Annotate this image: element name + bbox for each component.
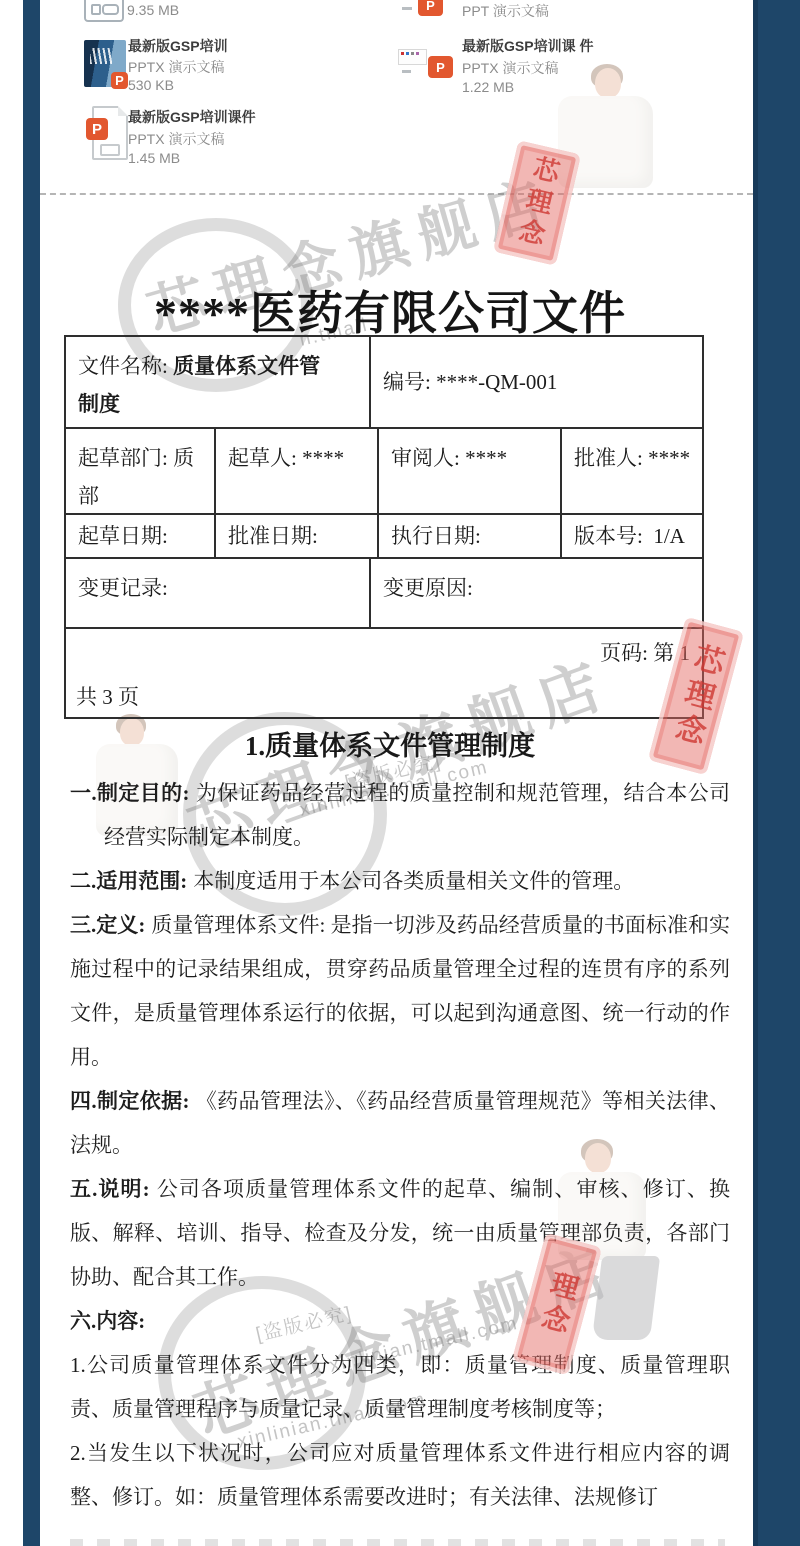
file-type: PPTX 演示文稿 — [462, 58, 558, 78]
file-list-panel: 9.35 MB P 最新版GSP培训 PPTX 演示文稿 530 KB P 最新… — [40, 0, 753, 194]
drafter-cell: 起草人: **** — [216, 429, 379, 513]
doc-code-cell: 编号: ****-QM-001 — [371, 337, 702, 427]
table-row: 起草日期: 批准日期: 执行日期: 版本号: 1/A — [66, 515, 702, 559]
table-row: 文件名称: 质量体系文件管 制度 编号: ****-QM-001 — [66, 337, 702, 429]
list-dash-icon — [402, 70, 411, 73]
draft-dept-cell: 起草部门: 质 部 — [66, 429, 216, 513]
file-size: 530 KB — [128, 77, 174, 93]
paragraph: 四.制定依据:《药品管理法》、《药品经营质量管理规范》等相关法律、法规。 — [70, 1079, 730, 1167]
change-reason-cell: 变更原因: — [371, 559, 702, 627]
file-name-cell: 文件名称: 质量体系文件管 制度 — [66, 337, 371, 427]
file-size: 9.35 MB — [127, 2, 179, 18]
ppt-file-icon — [84, 0, 124, 22]
file-size: 1.22 MB — [462, 79, 514, 95]
change-record-cell: 变更记录: — [66, 559, 371, 627]
file-name: 最新版GSP培训课件 — [128, 107, 256, 127]
clipped-text-line — [70, 1539, 725, 1546]
approver-cell: 批准人: **** — [562, 429, 702, 513]
left-border-bar — [23, 0, 40, 1546]
file-name: 最新版GSP培训 — [128, 36, 228, 56]
exec-date-cell: 执行日期: — [379, 515, 562, 557]
document-title: ****医药有限公司文件 — [40, 277, 740, 343]
slide-thumbnail-icon — [398, 49, 427, 65]
approve-date-cell: 批准日期: — [216, 515, 379, 557]
right-border-bar — [753, 0, 800, 1546]
ppt-file-icon: P — [92, 106, 128, 160]
powerpoint-badge-icon: P — [418, 0, 443, 16]
file-type: PPTX 演示文稿 — [128, 57, 224, 77]
file-name: 最新版GSP培训课 件 — [462, 36, 593, 56]
draft-date-cell: 起草日期: — [66, 515, 216, 557]
file-type: PPTX 演示文稿 — [128, 129, 224, 149]
table-row: 变更记录: 变更原因: — [66, 559, 702, 629]
paragraph: 六.内容: — [70, 1299, 730, 1343]
slide-thumbnail-icon: P — [84, 40, 126, 87]
paragraph: 一.制定目的:为保证药品经营过程的质量控制和规范管理，结合本公司经营实际制定本制… — [70, 771, 730, 859]
page-number-line1: 页码: 第 1 — [66, 629, 702, 667]
paragraph: 三.定义:质量管理体系文件: 是指一切涉及药品经营质量的书面标准和实施过程中的记… — [70, 903, 730, 1079]
document-body: 一.制定目的:为保证药品经营过程的质量控制和规范管理，结合本公司经营实际制定本制… — [70, 771, 730, 1519]
file-size: 1.45 MB — [128, 150, 180, 166]
table-row: 起草部门: 质 部 起草人: **** 审阅人: **** 批准人: **** — [66, 429, 702, 515]
dashed-divider — [40, 193, 753, 195]
paragraph: 2.当发生以下状况时，公司应对质量管理体系文件进行相应内容的调整、修订。如：质量… — [70, 1431, 730, 1519]
powerpoint-badge-icon: P — [428, 56, 453, 78]
page-number-line2: 共 3 页 — [66, 667, 702, 711]
page: 9.35 MB P 最新版GSP培训 PPTX 演示文稿 530 KB P 最新… — [0, 0, 800, 1546]
paragraph: 1.公司质量管理体系文件分为四类，即：质量管理制度、质量管理职责、质量管理程序与… — [70, 1343, 730, 1431]
paragraph: 五.说明:公司各项质量管理体系文件的起草、编制、审核、修订、换版、解释、培训、指… — [70, 1167, 730, 1299]
powerpoint-badge-icon: P — [111, 72, 128, 89]
document-header-table: 文件名称: 质量体系文件管 制度 编号: ****-QM-001 起草部门: 质… — [64, 335, 704, 719]
version-cell: 版本号: 1/A — [562, 515, 702, 557]
list-dash-icon — [402, 7, 412, 10]
section-heading: 1.质量体系文件管理制度 — [40, 724, 740, 763]
page-number-cell: 页码: 第 1 共 3 页 — [66, 629, 702, 717]
file-type: PPT 演示文稿 — [462, 1, 549, 21]
reviewer-cell: 审阅人: **** — [379, 429, 562, 513]
paragraph: 二.适用范围:本制度适用于本公司各类质量相关文件的管理。 — [70, 859, 730, 903]
